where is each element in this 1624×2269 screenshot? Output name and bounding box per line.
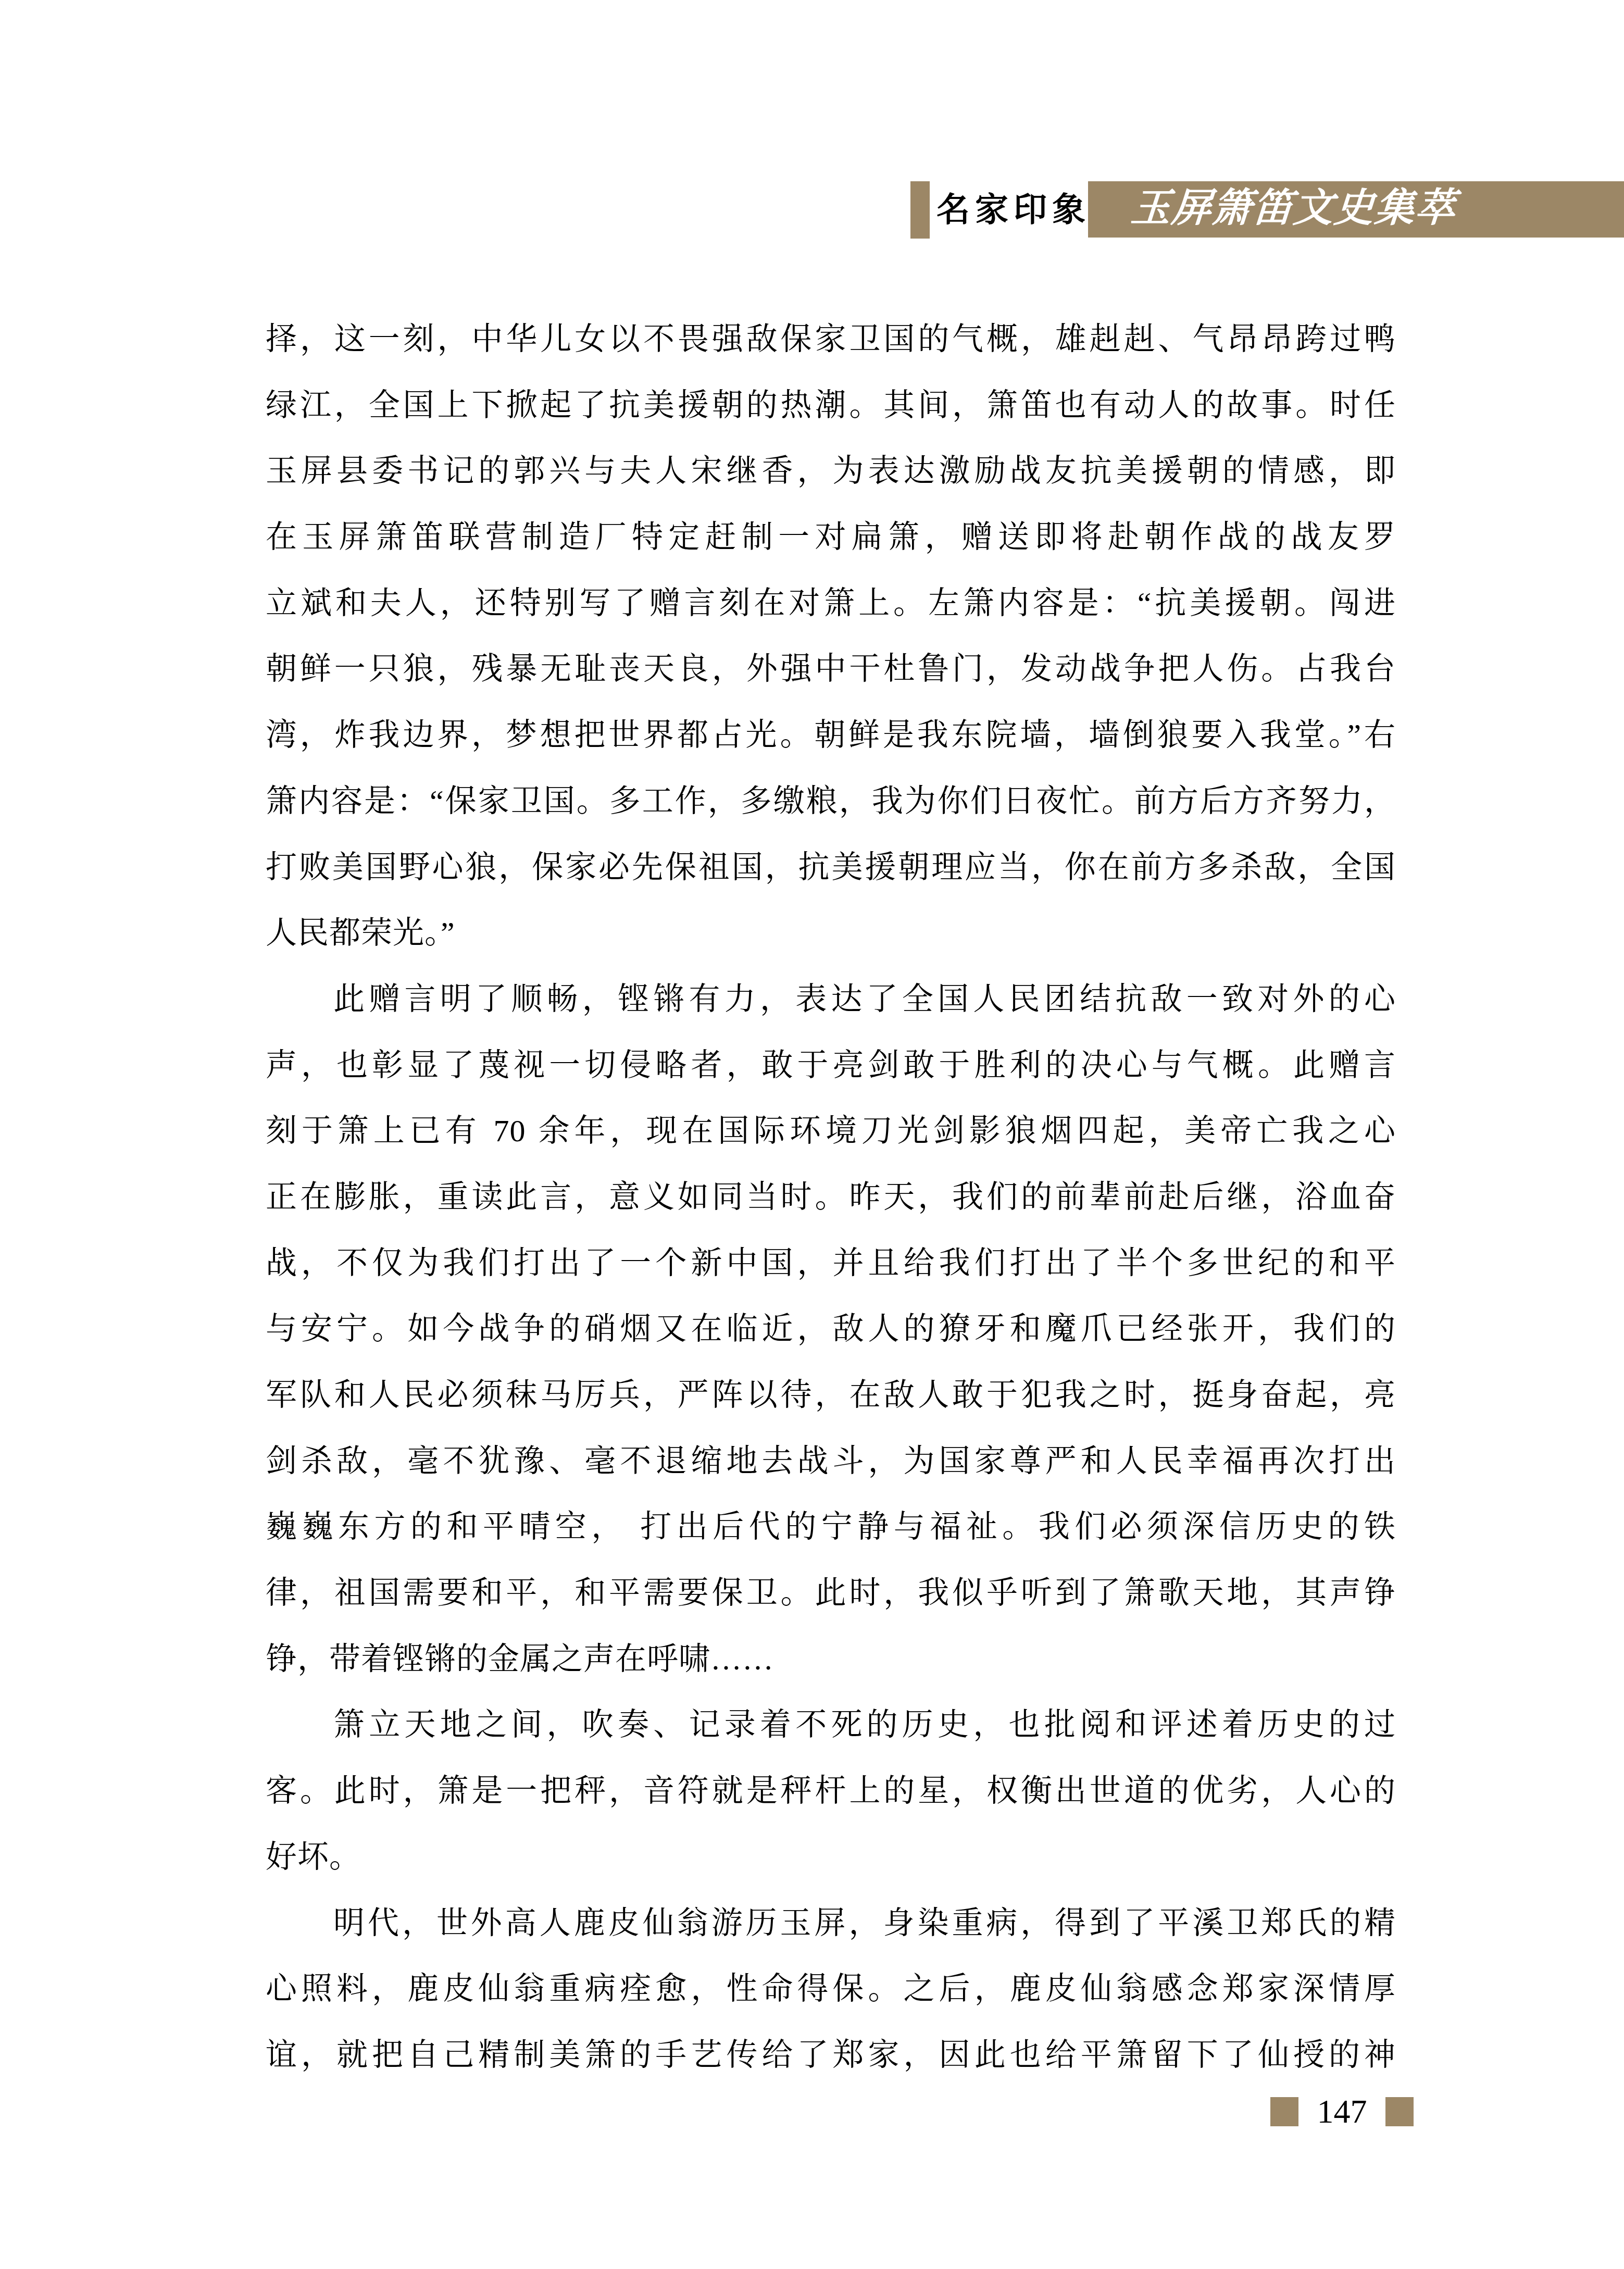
text-line: 心照料，鹿皮仙翁重病痊愈，性命得保。之后，鹿皮仙翁感念郑家深情厚 xyxy=(266,1956,1396,2022)
text-line: 绿江，全国上下掀起了抗美援朝的热潮。其间，箫笛也有动人的故事。时任 xyxy=(266,372,1396,439)
text-line: 立斌和夫人，还特别写了赠言刻在对箫上。左箫内容是：“抗美援朝。闯进 xyxy=(266,570,1396,637)
text-line: 刻于箫上已有 70 余年，现在国际环境刀光剑影狼烟四起，美帝亡我之心 xyxy=(266,1098,1396,1164)
text-line: 在玉屏箫笛联营制造厂特定赶制一对扁箫，赠送即将赴朝作战的战友罗 xyxy=(266,504,1396,570)
text-line: 湾，炸我边界，梦想把世界都占光。朝鲜是我东院墙，墙倒狼要入我堂。”右 xyxy=(266,702,1396,768)
text-line: 与安宁。如今战争的硝烟又在临近，敌人的獠牙和魔爪已经张开，我们的 xyxy=(266,1296,1396,1362)
text-line: 人民都荣光。” xyxy=(266,900,1396,966)
section-label: 名家印象 xyxy=(936,181,1091,239)
text-line: 军队和人民必须秣马厉兵，严阵以待，在敌人敢于犯我之时，挺身奋起，亮 xyxy=(266,1362,1396,1428)
text-line: 铮，带着铿锵的金属之声在呼啸…… xyxy=(266,1626,1396,1692)
banner-calligraphy-title: 玉屏箫笛文史集萃 xyxy=(1129,181,1458,238)
text-line: 好坏。 xyxy=(266,1824,1396,1890)
page-footer: 147 xyxy=(1270,2097,1414,2126)
text-line: 谊，就把自己精制美箫的手艺传给了郑家，因此也给平箫留下了仙授的神 xyxy=(266,2022,1396,2088)
page-number: 147 xyxy=(1298,2097,1385,2126)
text-line: 此赠言明了顺畅，铿锵有力，表达了全国人民团结抗敌一致对外的心 xyxy=(266,966,1396,1032)
text-line: 择，这一刻，中华儿女以不畏强敌保家卫国的气概，雄赳赳、气昂昂跨过鸭 xyxy=(266,306,1396,372)
text-line: 玉屏县委书记的郭兴与夫人宋继香，为表达激励战友抗美援朝的情感，即 xyxy=(266,438,1396,504)
page: 名家印象 玉屏箫笛文史集萃 择，这一刻，中华儿女以不畏强敌保家卫国的气概，雄赳赳… xyxy=(0,0,1624,2269)
text-line: 巍巍东方的和平晴空， 打出后代的宁静与福祉。我们必须深信历史的铁 xyxy=(266,1494,1396,1560)
text-line: 战，不仅为我们打出了一个新中国，并且给我们打出了半个多世纪的和平 xyxy=(266,1230,1396,1296)
text-line: 打败美国野心狼，保家必先保祖国，抗美援朝理应当，你在前方多杀敌，全国 xyxy=(266,834,1396,901)
text-line: 朝鲜一只狼，残暴无耻丧天良，外强中干杜鲁门，发动战争把人伤。占我台 xyxy=(266,636,1396,702)
text-line: 箫内容是：“保家卫国。多工作，多缴粮，我为你们日夜忙。前方后方齐努力， xyxy=(266,768,1396,834)
text-line: 剑杀敌，毫不犹豫、毫不退缩地去战斗，为国家尊严和人民幸福再次打出 xyxy=(266,1428,1396,1494)
footer-ornament-right-square xyxy=(1385,2097,1414,2126)
body-text: 择，这一刻，中华儿女以不畏强敌保家卫国的气概，雄赳赳、气昂昂跨过鸭绿江，全国上下… xyxy=(266,306,1396,2088)
text-line: 客。此时，箫是一把秤，音符就是秤杆上的星，权衡出世道的优劣，人心的 xyxy=(266,1758,1396,1824)
text-line: 声，也彰显了蔑视一切侵略者，敢于亮剑敢于胜利的决心与气概。此赠言 xyxy=(266,1032,1396,1099)
header-banner: 玉屏箫笛文史集萃 xyxy=(1088,181,1624,238)
header-accent-bar xyxy=(910,181,930,239)
text-line: 明代，世外高人鹿皮仙翁游历玉屏，身染重病，得到了平溪卫郑氏的精 xyxy=(266,1890,1396,1956)
text-line: 正在膨胀，重读此言，意义如同当时。昨天，我们的前辈前赴后继，浴血奋 xyxy=(266,1164,1396,1230)
text-line: 箫立天地之间，吹奏、记录着不死的历史，也批阅和评述着历史的过 xyxy=(266,1692,1396,1758)
footer-ornament-left-square xyxy=(1270,2097,1298,2126)
text-line: 律，祖国需要和平，和平需要保卫。此时，我似乎听到了箫歌天地，其声铮 xyxy=(266,1560,1396,1626)
